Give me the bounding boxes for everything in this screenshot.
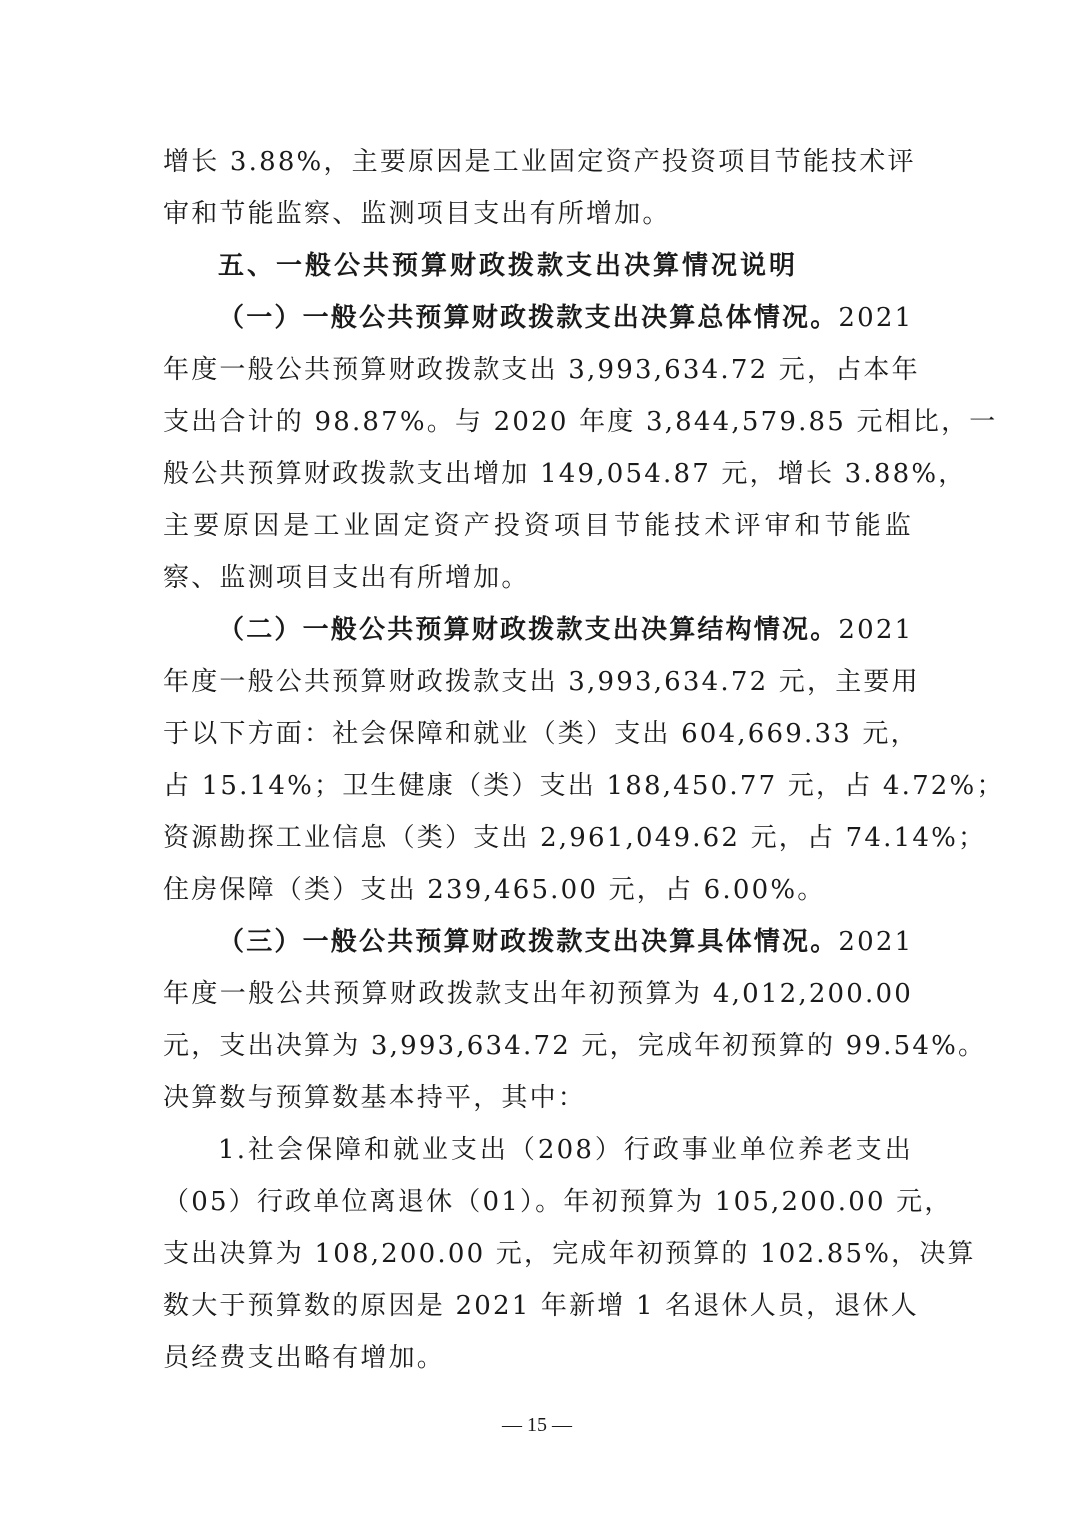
list-item-first-line: 1.社会保障和就业支出（208）行政事业单位养老支出 bbox=[218, 1124, 913, 1176]
subsection-title-tail: 2021 bbox=[838, 927, 913, 957]
subsection-first-line: （二）一般公共预算财政拨款支出决算结构情况。2021 bbox=[218, 604, 913, 656]
paragraph-line: 住房保障（类）支出 239,465.00 元，占 6.00%。 bbox=[163, 864, 913, 916]
paragraph-line: 年度一般公共预算财政拨款支出年初预算为 4,012,200.00 bbox=[163, 968, 913, 1020]
paragraph-line: 增长 3.88%，主要原因是工业固定资产投资项目节能技术评 bbox=[163, 136, 913, 188]
subsection-first-line: （一）一般公共预算财政拨款支出决算总体情况。2021 bbox=[218, 292, 913, 344]
paragraph-line: 支出合计的 98.87%。与 2020 年度 3,844,579.85 元相比，… bbox=[163, 396, 913, 448]
paragraph-line: 年度一般公共预算财政拨款支出 3,993,634.72 元，主要用 bbox=[163, 656, 913, 708]
paragraph-line: 于以下方面：社会保障和就业（类）支出 604,669.33 元， bbox=[163, 708, 913, 760]
subsection-title-tail: 2021 bbox=[838, 303, 913, 333]
paragraph-line: 审和节能监察、监测项目支出有所增加。 bbox=[163, 188, 913, 240]
paragraph-line: 支出决算为 108,200.00 元，完成年初预算的 102.85%，决算 bbox=[163, 1228, 913, 1280]
paragraph-line: 占 15.14%；卫生健康（类）支出 188,450.77 元，占 4.72%； bbox=[163, 760, 913, 812]
paragraph-line: 主要原因是工业固定资产投资项目节能技术评审和节能监 bbox=[163, 500, 913, 552]
paragraph-line: （05）行政单位离退休（01）。年初预算为 105,200.00 元， bbox=[163, 1176, 913, 1228]
paragraph-line: 资源勘探工业信息（类）支出 2,961,049.62 元，占 74.14%； bbox=[163, 812, 913, 864]
subsection-title: （一）一般公共预算财政拨款支出决算总体情况。 bbox=[218, 303, 838, 333]
document-page: 增长 3.88%，主要原因是工业固定资产投资项目节能技术评 审和节能监察、监测项… bbox=[0, 0, 1074, 1520]
paragraph-line: 数大于预算数的原因是 2021 年新增 1 名退休人员，退休人 bbox=[163, 1280, 913, 1332]
paragraph-line: 年度一般公共预算财政拨款支出 3,993,634.72 元，占本年 bbox=[163, 344, 913, 396]
subsection-first-line: （三）一般公共预算财政拨款支出决算具体情况。2021 bbox=[218, 916, 913, 968]
paragraph-line: 决算数与预算数基本持平，其中： bbox=[163, 1072, 913, 1124]
paragraph-line: 元，支出决算为 3,993,634.72 元，完成年初预算的 99.54%。 bbox=[163, 1020, 913, 1072]
subsection-title-tail: 2021 bbox=[838, 615, 913, 645]
paragraph-line: 察、监测项目支出有所增加。 bbox=[163, 552, 913, 604]
section-heading: 五、一般公共预算财政拨款支出决算情况说明 bbox=[218, 240, 913, 292]
paragraph-line: 般公共预算财政拨款支出增加 149,054.87 元，增长 3.88%， bbox=[163, 448, 913, 500]
paragraph-line: 员经费支出略有增加。 bbox=[163, 1332, 913, 1384]
page-number: — 15 — bbox=[0, 1410, 1074, 1440]
subsection-title: （二）一般公共预算财政拨款支出决算结构情况。 bbox=[218, 615, 838, 645]
subsection-title: （三）一般公共预算财政拨款支出决算具体情况。 bbox=[218, 927, 838, 957]
